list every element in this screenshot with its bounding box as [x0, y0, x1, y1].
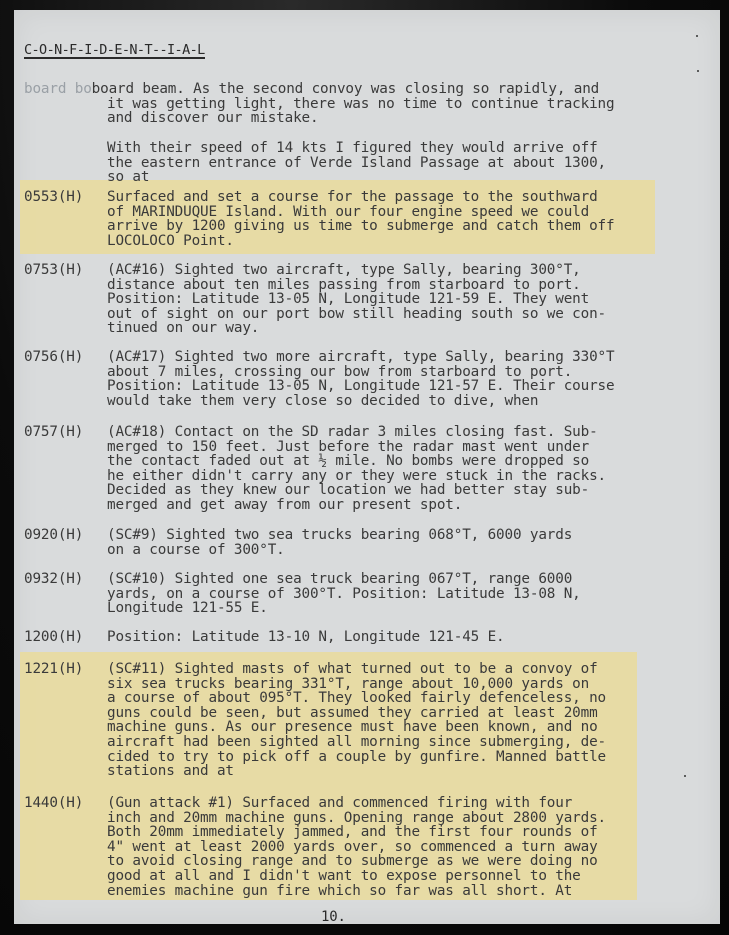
- log-entry-time: 0920(H): [24, 528, 83, 543]
- log-entry-text: Surfaced and set a course for the passag…: [107, 190, 647, 248]
- log-entry-time: 0756(H): [24, 350, 83, 365]
- ghost-text: board bo: [24, 81, 92, 97]
- scanned-page-background: C-O-N-F-I-D-E-N-T--I-A-L board boboard b…: [0, 0, 729, 935]
- log-entry-time: 1200(H): [24, 630, 83, 645]
- classification-header: C-O-N-F-I-D-E-N-T--I-A-L: [24, 43, 205, 59]
- log-entry-time: 0553(H): [24, 190, 83, 205]
- continuation-line-1: board boboard beam. As the second convoy…: [24, 82, 664, 97]
- scan-speck: [696, 35, 698, 37]
- log-entry-time: 1221(H): [24, 662, 83, 677]
- page-number: 10.: [321, 910, 346, 925]
- continuation-text-1: board beam. As the second convoy was clo…: [92, 81, 599, 97]
- log-entry-text: (SC#10) Sighted one sea truck bearing 06…: [107, 572, 647, 616]
- scan-speck: [697, 70, 699, 72]
- continuation-lines: it was getting light, there was no time …: [107, 97, 647, 126]
- log-entry-text: (Gun attack #1) Surfaced and commenced f…: [107, 796, 647, 898]
- log-entry-text: (AC#16) Sighted two aircraft, type Sally…: [107, 263, 647, 336]
- log-entry-text: (SC#9) Sighted two sea trucks bearing 06…: [107, 528, 647, 557]
- log-entry-text: (AC#17) Sighted two more aircraft, type …: [107, 350, 647, 408]
- log-entry-time: 0932(H): [24, 572, 83, 587]
- log-entry-text: (SC#11) Sighted masts of what turned out…: [107, 662, 647, 779]
- paper-sheet: C-O-N-F-I-D-E-N-T--I-A-L board boboard b…: [14, 10, 720, 924]
- log-entry-text: (AC#18) Contact on the SD radar 3 miles …: [107, 425, 647, 513]
- speed-paragraph-text: With their speed of 14 kts I figured the…: [107, 141, 647, 185]
- document-body: C-O-N-F-I-D-E-N-T--I-A-L board boboard b…: [14, 10, 720, 924]
- log-entry-time: 1440(H): [24, 796, 83, 811]
- log-entry-time: 0753(H): [24, 263, 83, 278]
- log-entry-text: Position: Latitude 13-10 N, Longitude 12…: [107, 630, 647, 645]
- log-entry-time: 0757(H): [24, 425, 83, 440]
- scan-speck: [684, 775, 686, 777]
